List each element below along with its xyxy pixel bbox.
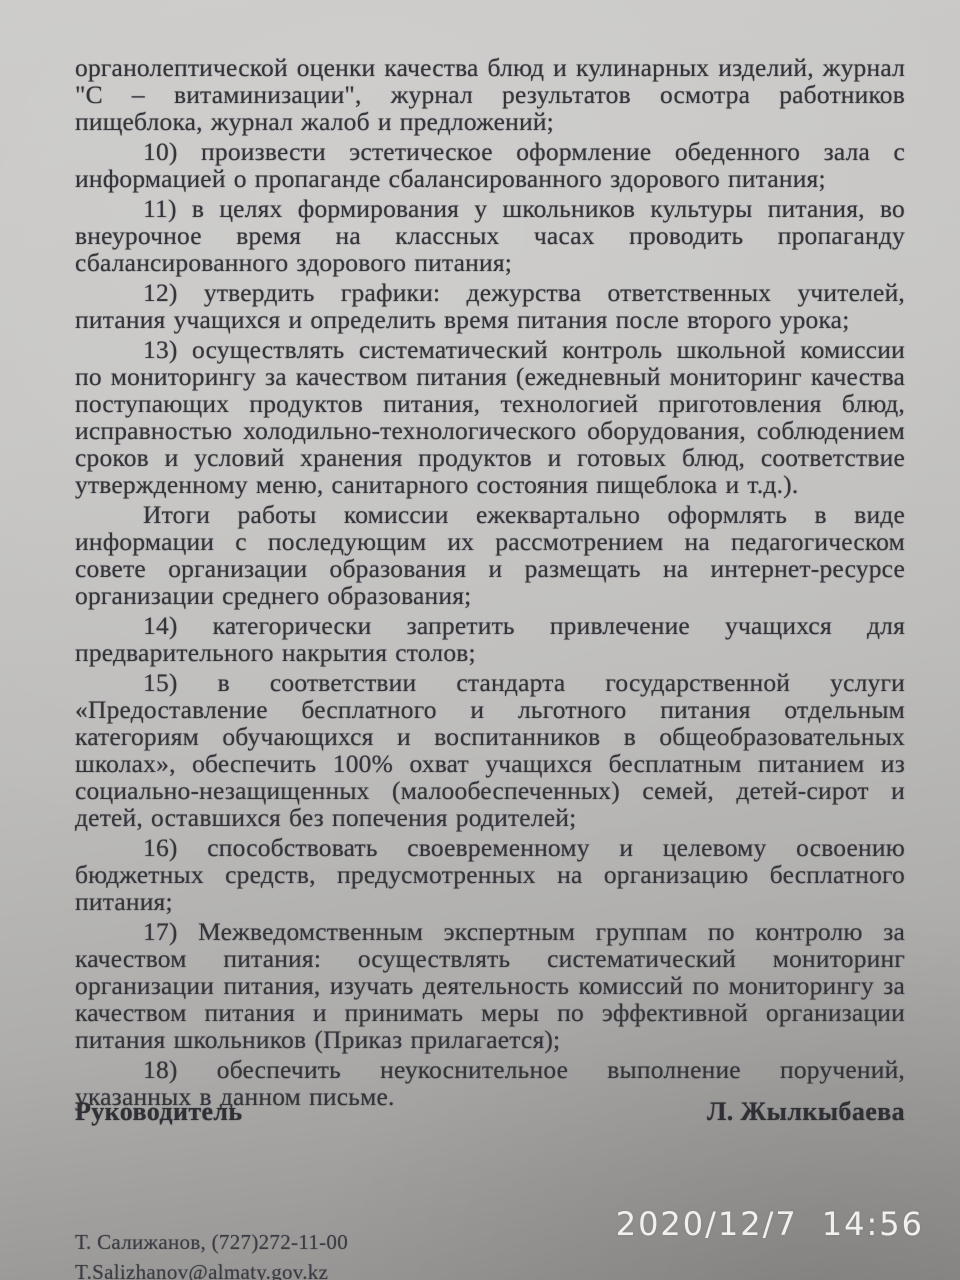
contact-email: T.Salizhanov@almaty.gov.kz (75, 1257, 348, 1280)
camera-timestamp: 2020/12/714:56 (616, 1205, 924, 1243)
paragraph: 10) произвести эстетическое оформление о… (75, 138, 905, 192)
paragraph: 17) Межведомственным экспертным группам … (75, 918, 905, 1053)
paragraph: 14) категорически запретить привлечение … (75, 612, 905, 666)
contact-phone: Т. Салижанов, (727)272-11-00 (75, 1227, 348, 1257)
document-photo: органолептической оценки качества блюд и… (0, 0, 960, 1280)
paragraph: 15) в соответствии стандарта государстве… (75, 669, 905, 831)
timestamp-date: 2020/12/7 (616, 1205, 798, 1243)
paragraph: Итоги работы комиссии ежеквартально офор… (75, 501, 905, 609)
signature-name: Л. Жылкыбаева (707, 1097, 905, 1127)
paragraph: органолептической оценки качества блюд и… (75, 54, 905, 135)
paragraph: 16) способствовать своевременному и целе… (75, 834, 905, 915)
signature-row: Руководитель Л. Жылкыбаева (75, 1097, 905, 1127)
signature-title: Руководитель (75, 1097, 243, 1127)
paragraph: 13) осуществлять систематический контрол… (75, 336, 905, 498)
timestamp-time: 14:56 (822, 1205, 924, 1243)
paragraph: 12) утвердить графики: дежурства ответст… (75, 279, 905, 333)
document-body: органолептической оценки качества блюд и… (75, 54, 905, 1113)
contact-block: Т. Салижанов, (727)272-11-00 T.Salizhano… (75, 1227, 348, 1280)
paragraph: 11) в целях формирования у школьников ку… (75, 195, 905, 276)
